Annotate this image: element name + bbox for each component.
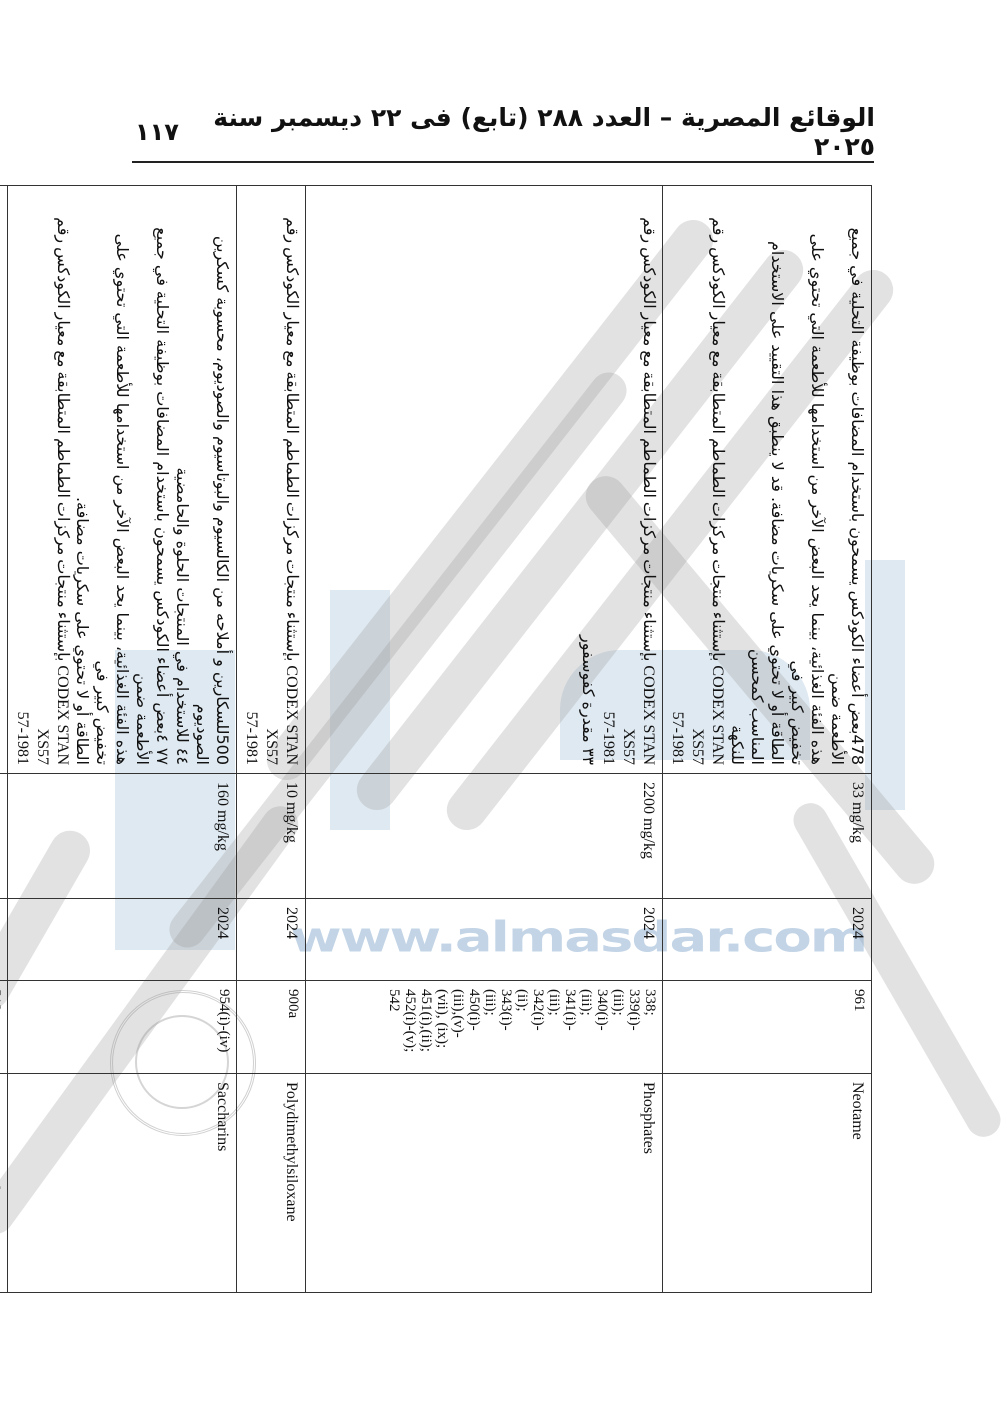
ins-number-text: 961 [851,989,867,1065]
additive-name-text: Saccharins [212,1082,232,1284]
additive-name-text: Neotame [847,1082,867,1284]
codex-standard-year: 57-1981 [12,194,32,765]
notes: CODEX STAN بإستثناء منتجات مركزات الطماط… [237,186,306,774]
note-line: الطاقة أو لا تحتوي على سكريات مضافة. قد … [747,194,787,765]
additive-name: Neotame [663,1074,872,1293]
codex-standard-note: CODEX STAN بإستثناء منتجات مركزات الطماط… [32,194,72,765]
ins-number-text: 900a [285,989,301,1065]
page-number: ١١٧ [135,118,179,146]
publication-title: الوقائع المصرية – العدد ٢٨٨ (تابع) فى ٢٢… [179,103,875,161]
max-level: 25 mg/kg [0,774,8,899]
year-adopted: 2024 [237,899,306,981]
ins-number: 954(i)-(iv) [8,981,237,1074]
note-line: ٤٤ للاستخدام في المنتجات الحلوة والحامضي… [172,194,192,765]
codex-standard-note: CODEX STAN بإستثناء منتجات مركزات الطماط… [618,194,658,765]
codex-standard-note: CODEX STAN بإستثناء منتجات مركزات الطماط… [261,194,301,765]
codex-standard-note: CODEX STAN بإستثناء منتجات مركزات الطماط… [687,194,727,765]
year-adopted: 2024 [663,899,872,981]
table-row: Polydimethylsiloxane 900a 2024 10 mg/kg … [237,186,306,1293]
ins-number-text: 512 [0,989,3,1065]
additive-name-text: Stannous chloride [0,1082,3,1284]
table-row: Saccharins 954(i)-(iv) 2024 160 mg/kg 50… [8,186,237,1293]
additive-name: Stannous chloride [0,1074,8,1293]
table-row: Phosphates 338; 339(i)- (iii); 340(i)- (… [306,186,663,1293]
additive-name: Phosphates [306,1074,663,1293]
year-adopted: 2024 [8,899,237,981]
notes: 478بعض أعضاء الكودكس يسمحون باستخدام الم… [663,186,872,774]
note-line: الطاقة أو لا تحتوي على سكريات مضافة. [72,194,92,765]
year-adopted: 2024 [0,899,8,981]
notes: 500للسكارين و أملاحه من الكالسيوم والبوت… [8,186,237,774]
max-level: 160 mg/kg [8,774,237,899]
additives-table-rotated: Neotame 961 2024 33 mg/kg 478بعض أعضاء ا… [133,185,872,1292]
note-line: 478بعض أعضاء الكودكس يسمحون باستخدام الم… [827,194,867,765]
additive-name-text: Polydimethylsiloxane [281,1082,301,1284]
max-level: 33 mg/kg [663,774,872,899]
note-line: 43 بحسب كقصدير [0,194,3,765]
notes: CODEX STAN بإستثناء منتجات مركزات الطماط… [306,186,663,774]
ins-number: 338; 339(i)- (iii); 340(i)- (iii); 341(i… [306,981,663,1074]
note-line: هذه الفئة الغذائية، بينما يحد البعض الآخ… [92,194,132,765]
additive-name: Polydimethylsiloxane [237,1074,306,1293]
additive-name: Saccharins [8,1074,237,1293]
food-additives-table: Neotame 961 2024 33 mg/kg 478بعض أعضاء ا… [0,185,872,1293]
codex-standard-year: 57-1981 [598,194,618,765]
note-line: 500للسكارين و أملاحه من الكالسيوم والبوت… [192,194,232,765]
max-level: 2200 mg/kg [306,774,663,899]
ins-number-text: 338; 339(i)- (iii); 340(i)- (iii); 341(i… [386,989,658,1065]
codex-standard-year: 57-1981 [667,194,687,765]
header-rule [132,161,874,163]
ins-number-text: 954(i)-(iv) [216,989,232,1065]
note-line: هذه الفئة الغذائية، بينما يحد البعض الآخ… [787,194,827,765]
page-header: الوقائع المصرية – العدد ٢٨٨ (تابع) فى ٢٢… [135,108,875,156]
ins-number: 900a [237,981,306,1074]
notes: 43 بحسب كقصدير CODEX STAN بإستثناء منتجا… [0,186,8,774]
ins-number: 512 [0,981,8,1074]
max-level: 10 mg/kg [237,774,306,899]
table-row: Neotame 961 2024 33 mg/kg 478بعض أعضاء ا… [663,186,872,1293]
note-line: ٣٣ مقدرة كفوسفور [578,194,598,765]
table-row: Stannous chloride 512 2024 25 mg/kg 43 ب… [0,186,8,1293]
codex-standard-year: 57-1981 [241,194,261,765]
additive-name-text: Phosphates [638,1082,658,1284]
note-line: للنكهة [727,194,747,765]
year-adopted: 2024 [306,899,663,981]
ins-number: 961 [663,981,872,1074]
note-line: ٧٧ ٤بعض أعضاء الكودكس يسمحون باستخدام ال… [132,194,172,765]
